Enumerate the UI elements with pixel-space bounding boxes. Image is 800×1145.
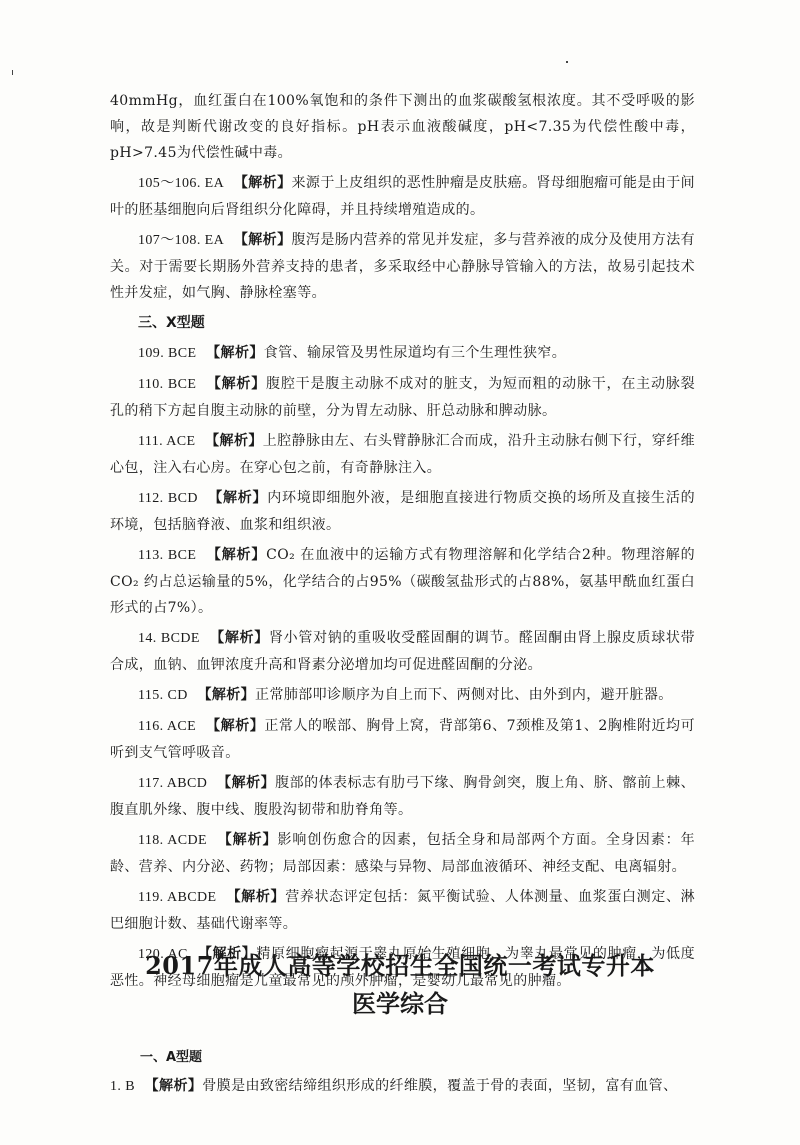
analysis-tag: 【解析】 (234, 175, 292, 191)
answer-113: 113. BCE 【解析】CO₂ 在血液中的运输方式有物理溶解和化学结合2种。物… (110, 542, 695, 621)
answer-text: 正常肺部叩诊顺序为自上而下、两侧对比、由外到内，避开脏器。 (255, 687, 673, 703)
answer-label: 112. BCD (138, 491, 198, 506)
answer-114: 14. BCDE 【解析】肾小管对钠的重吸收受醛固酮的调节。醛固酮由肾上腺皮质球… (110, 625, 695, 678)
analysis-tag: 【解析】 (217, 775, 275, 791)
exam-title: 2017年成人高等学校招生全国统一考试专升本 (0, 948, 800, 984)
answer-text: CO₂ 在血液中的运输方式有物理溶解和化学结合2种。物理溶解的CO₂ 约占总运输… (110, 547, 695, 616)
answer-112: 112. BCD 【解析】内环境即细胞外液，是细胞直接进行物质交换的场所及直接生… (110, 485, 695, 538)
answer-label: 113. BCE (138, 548, 196, 563)
answer-text: 正常人的喉部、胸骨上窝，背部第6、7颈椎及第1、2胸椎附近均可听到支气管呼吸音。 (110, 718, 695, 761)
answer-label: 109. BCE (138, 346, 196, 361)
answer-text: 上腔静脉由左、右头臂静脉汇合而成，沿升主动脉右侧下行，穿纤维心包，注入右心房。在… (110, 433, 695, 476)
answer-text: 骨膜是由致密结缔组织形成的纤维膜，覆盖于骨的表面，坚韧，富有血管、 (202, 1078, 677, 1094)
analysis-tag: 【解析】 (208, 490, 267, 506)
answer-label: 118. ACDE (138, 833, 207, 848)
answer-label: 115. CD (138, 688, 188, 703)
exam-title-block: 2017年成人高等学校招生全国统一考试专升本 医学综合 (0, 948, 800, 1022)
answer-text: 内环境即细胞外液，是细胞直接进行物质交换的场所及直接生活的环境，包括脑脊液、血浆… (110, 490, 695, 533)
answer-label: 110. BCE (138, 377, 196, 392)
answer-119: 119. ABCDE 【解析】营养状态评定包括：氮平衡试验、人体测量、血浆蛋白测… (110, 884, 695, 937)
answer-115: 115. CD 【解析】正常肺部叩诊顺序为自上而下、两侧对比、由外到内，避开脏器… (110, 682, 695, 709)
analysis-tag: 【解析】 (197, 687, 255, 703)
document-body: 40mmHg，血红蛋白在100%氧饱和的条件下测出的血浆碳酸氢根浓度。其不受呼吸… (110, 88, 695, 994)
analysis-tag: 【解析】 (210, 630, 269, 646)
analysis-tag: 【解析】 (206, 345, 264, 361)
answer-1: 1. B 【解析】骨膜是由致密结缔组织形成的纤维膜，覆盖于骨的表面，坚韧，富有血… (110, 1073, 695, 1100)
answer-111: 111. ACE 【解析】上腔静脉由左、右头臂静脉汇合而成，沿升主动脉右侧下行，… (110, 428, 695, 481)
section-heading-a: 一、A型题 (140, 1047, 695, 1069)
answer-label: 117. ABCD (138, 776, 207, 791)
analysis-tag: 【解析】 (205, 433, 263, 449)
answer-107-108: 107～108. EA 【解析】腹泻是肠内营养的常见并发症，多与营养液的成分及使… (110, 227, 695, 306)
answer-116: 116. ACE 【解析】正常人的喉部、胸骨上窝，背部第6、7颈椎及第1、2胸椎… (110, 713, 695, 766)
section-heading-x: 三、X型题 (110, 310, 695, 336)
answer-118: 118. ACDE 【解析】影响创伤愈合的因素，包括全身和局部两个方面。全身因素… (110, 827, 695, 880)
answer-label: 119. ABCDE (138, 890, 216, 905)
answer-110: 110. BCE 【解析】腹腔干是腹主动脉不成对的脏支，为短而粗的动脉干，在主动… (110, 371, 695, 424)
analysis-tag: 【解析】 (206, 718, 264, 734)
answer-117: 117. ABCD 【解析】腹部的体表标志有肋弓下缘、胸骨剑突，腹上角、脐、髂前… (110, 770, 695, 823)
analysis-tag: 【解析】 (227, 889, 286, 905)
answer-label: 107～108. EA (138, 233, 224, 248)
answer-label: 1. B (110, 1079, 135, 1094)
answer-105-106: 105～106. EA 【解析】来源于上皮组织的恶性肿瘤是皮肤癌。肾母细胞瘤可能… (110, 170, 695, 223)
answer-label: 105～106. EA (138, 176, 224, 191)
answer-label: 111. ACE (138, 434, 195, 449)
paragraph-continuation: 40mmHg，血红蛋白在100%氧饱和的条件下测出的血浆碳酸氢根浓度。其不受呼吸… (110, 88, 695, 166)
answer-109: 109. BCE 【解析】食管、输尿管及男性尿道均有三个生理性狭窄。 (110, 340, 695, 367)
analysis-tag: 【解析】 (145, 1078, 203, 1094)
analysis-tag: 【解析】 (207, 547, 266, 563)
analysis-tag: 【解析】 (218, 832, 278, 848)
exam-subtitle: 医学综合 (0, 986, 800, 1022)
section-a-block: 一、A型题 1. B 【解析】骨膜是由致密结缔组织形成的纤维膜，覆盖于骨的表面，… (110, 1047, 695, 1100)
scan-speck (12, 70, 13, 75)
scan-speck (566, 61, 568, 63)
analysis-tag: 【解析】 (234, 232, 292, 248)
answer-text: 腹腔干是腹主动脉不成对的脏支，为短而粗的动脉干，在主动脉裂孔的稍下方起自腹主动脉… (110, 376, 695, 419)
analysis-tag: 【解析】 (207, 376, 266, 392)
answer-label: 116. ACE (138, 719, 196, 734)
answer-label: 14. BCDE (138, 631, 200, 646)
answer-text: 食管、输尿管及男性尿道均有三个生理性狭窄。 (264, 345, 566, 361)
